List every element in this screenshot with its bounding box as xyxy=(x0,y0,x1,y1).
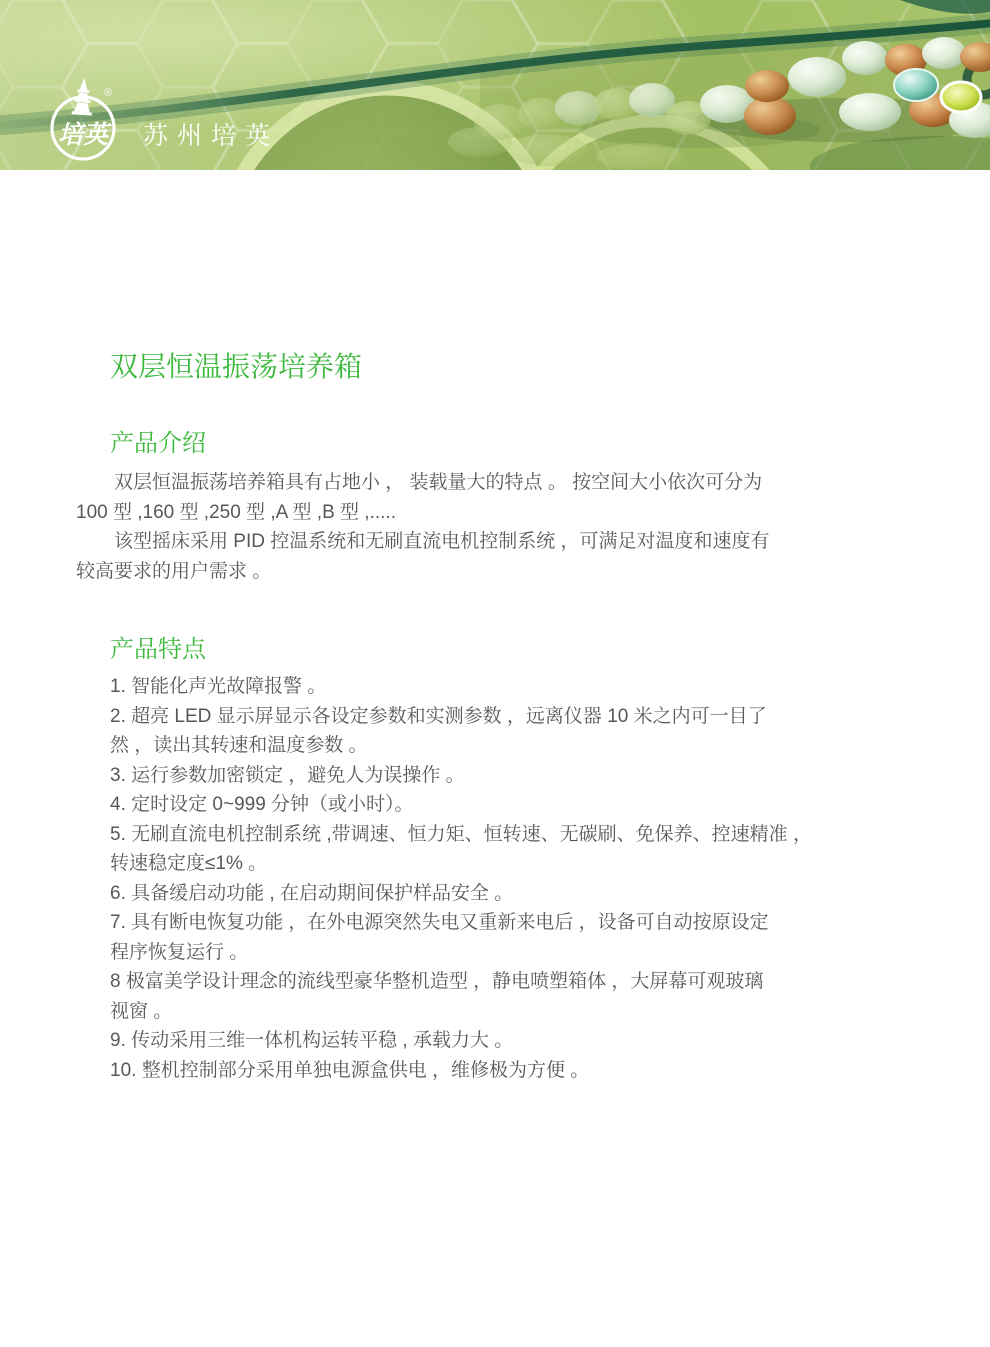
feature-item-9: 9. 传动采用三维一体机构运转平稳 , 承载力大 。 xyxy=(110,1026,752,1056)
paragraph-line: 双层恒温振荡培养箱具有占地小 ， 装载量大的特点 。 按空间大小依次可分为 xyxy=(76,468,752,498)
section-heading-intro: 产品介绍 xyxy=(110,428,990,460)
feature-line: 7. 具有断电恢复功能 ，在外电源突然失电又重新来电后 ，设备可自动按原设定 xyxy=(110,908,752,938)
paragraph-line: 较高要求的用户需求 。 xyxy=(76,557,752,587)
feature-line: 1. 智能化声光故障报警 。 xyxy=(110,672,752,702)
feature-line: 10. 整机控制部分采用单独电源盒供电 ，维修极为方便 。 xyxy=(110,1056,752,1086)
features-list: 1. 智能化声光故障报警 。 2. 超亮 LED 显示屏显示各设定参数和实测参数… xyxy=(110,672,752,1085)
paragraph-line: 100 型 ,160 型 ,250 型 ,A 型 ,B 型 ,..... xyxy=(76,498,752,528)
feature-item-5: 5. 无刷直流电机控制系统 ,带调速、恒力矩、恒转速、无碳刷、免保养、控速精准 … xyxy=(110,820,752,879)
feature-item-7: 7. 具有断电恢复功能 ，在外电源突然失电又重新来电后 ，设备可自动按原设定 程… xyxy=(110,908,752,967)
feature-item-8: 8 极富美学设计理念的流线型豪华整机造型 ，静电喷塑箱体 ，大屏幕可观玻璃 视窗… xyxy=(110,967,752,1026)
feature-item-1: 1. 智能化声光故障报警 。 xyxy=(110,672,752,702)
feature-line: 程序恢复运行 。 xyxy=(110,938,752,968)
logo-text: 培英 xyxy=(58,121,112,149)
feature-item-3: 3. 运行参数加密锁定 ，避免人为误操作 。 xyxy=(110,761,752,791)
intro-paragraphs: 双层恒温振荡培养箱具有占地小 ， 装载量大的特点 。 按空间大小依次可分为 10… xyxy=(76,468,752,586)
feature-item-6: 6. 具备缓启动功能 , 在启动期间保护样品安全 。 xyxy=(110,879,752,909)
feature-item-2: 2. 超亮 LED 显示屏显示各设定参数和实测参数 ，远离仪器 10 米之内可一… xyxy=(110,702,752,761)
feature-line: 6. 具备缓启动功能 , 在启动期间保护样品安全 。 xyxy=(110,879,752,909)
feature-item-4: 4. 定时设定 0~999 分钟（或小时）。 xyxy=(110,790,752,820)
feature-line: 2. 超亮 LED 显示屏显示各设定参数和实测参数 ，远离仪器 10 米之内可一… xyxy=(110,702,752,732)
feature-line: 5. 无刷直流电机控制系统 ,带调速、恒力矩、恒转速、无碳刷、免保养、控速精准 … xyxy=(110,820,752,850)
feature-line: 视窗 。 xyxy=(110,997,752,1027)
page-header: 培英 ® 苏州培英 xyxy=(0,0,990,170)
section-features: 产品特点 1. 智能化声光故障报警 。 2. 超亮 LED 显示屏显示各设定参数… xyxy=(76,634,990,1085)
feature-line: 然 ，读出其转速和温度参数 。 xyxy=(110,731,752,761)
feature-line: 8 极富美学设计理念的流线型豪华整机造型 ，静电喷塑箱体 ，大屏幕可观玻璃 xyxy=(110,967,752,997)
feature-line: 3. 运行参数加密锁定 ，避免人为误操作 。 xyxy=(110,761,752,791)
feature-item-10: 10. 整机控制部分采用单独电源盒供电 ，维修极为方便 。 xyxy=(110,1056,752,1086)
feature-line: 转速稳定度≤1% 。 xyxy=(110,849,752,879)
brand-name: 苏州培英 xyxy=(143,116,279,152)
feature-line: 4. 定时设定 0~999 分钟（或小时）。 xyxy=(110,790,752,820)
registered-mark: ® xyxy=(104,87,112,99)
paragraph-line: 该型摇床采用 PID 控温系统和无刷直流电机控制系统 ，可满足对温度和速度有 xyxy=(76,527,752,557)
feature-line: 9. 传动采用三维一体机构运转平稳 , 承载力大 。 xyxy=(110,1026,752,1056)
section-heading-features: 产品特点 xyxy=(110,634,990,666)
section-intro: 产品介绍 双层恒温振荡培养箱具有占地小 ， 装载量大的特点 。 按空间大小依次可… xyxy=(76,428,990,586)
page-title: 双层恒温振荡培养箱 xyxy=(110,350,990,384)
document-body: 双层恒温振荡培养箱 产品介绍 双层恒温振荡培养箱具有占地小 ， 装载量大的特点 … xyxy=(0,350,990,1085)
